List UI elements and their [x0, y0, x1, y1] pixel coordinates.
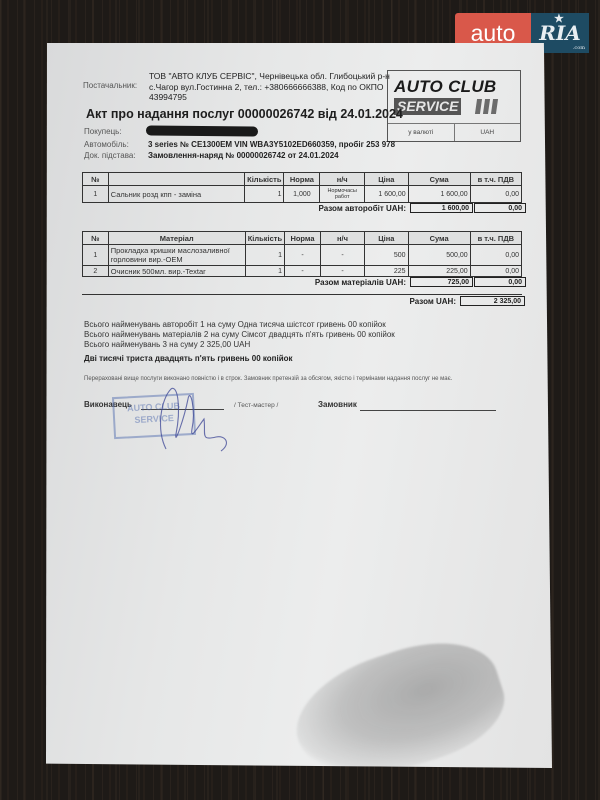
- column-header: н/ч: [320, 173, 365, 186]
- table-cell: 1,000: [284, 186, 320, 203]
- works-body: 1Сальник розд кпп - заміна11,000Нормочас…: [83, 186, 522, 203]
- table-row: 1Прокладка кришки маслозаливної горловин…: [83, 245, 522, 266]
- table-cell: 1 600,00: [365, 186, 409, 203]
- currency-label: у валюті: [388, 124, 455, 141]
- buyer-redacted: [146, 125, 258, 136]
- summary-materials: Всього найменувань матеріалів 2 на суму …: [84, 330, 395, 340]
- column-header: Ціна: [365, 173, 409, 186]
- table-cell: Очисник 500мл. вир.-Textar: [108, 266, 245, 277]
- supplier-label: Постачальник:: [83, 81, 137, 90]
- table-cell: 225,00: [408, 266, 470, 277]
- table-cell: 1: [83, 186, 109, 203]
- column-header: Кількість: [245, 173, 284, 186]
- column-header: Ціна: [365, 232, 408, 245]
- total-in-words: Дві тисячі триста двадцять п'ять гривень…: [84, 354, 293, 363]
- table-cell: 0,00: [470, 266, 521, 277]
- logo-bars-icon: [476, 99, 497, 114]
- column-header: [108, 173, 244, 186]
- column-header: Сума: [408, 173, 470, 186]
- materials-total-sum: 725,00: [410, 277, 473, 287]
- table-cell: 500: [365, 245, 408, 266]
- star-icon: ★: [554, 12, 564, 25]
- grand-total-label: Разом UAH:: [346, 297, 460, 306]
- materials-body: 1Прокладка кришки маслозаливної горловин…: [83, 245, 522, 277]
- materials-table: №МатеріалКількістьНорман/чЦінаСумав т.ч.…: [82, 231, 522, 277]
- works-total-label: Разом авторобіт UAH:: [286, 204, 410, 213]
- grand-total-value: 2 325,00: [460, 296, 525, 306]
- water-stain: [281, 623, 516, 797]
- company-logo: AUTO CLUB SERVICE у валюті UAH: [387, 70, 521, 142]
- table-cell: Прокладка кришки маслозаливної горловини…: [108, 245, 245, 266]
- table-row: 1Сальник розд кпп - заміна11,000Нормочас…: [83, 186, 522, 203]
- works-header-row: №КількістьНорман/чЦінаСумав т.ч. ПДВ: [83, 173, 522, 186]
- table-cell: 500,00: [408, 245, 470, 266]
- invoice-paper: Постачальник: ТОВ "АВТО КЛУБ СЕРВІС", Че…: [46, 43, 552, 768]
- supplier-info: ТОВ "АВТО КЛУБ СЕРВІС", Чернівецька обл.…: [149, 71, 390, 103]
- column-header: №: [83, 173, 109, 186]
- car-label: Автомобіль:: [84, 140, 129, 149]
- table-cell: 1: [83, 245, 109, 266]
- customer-label: Замовник: [318, 400, 357, 409]
- table-cell: 1 600,00: [408, 186, 470, 203]
- document-title: Акт про надання послуг 00000026742 від 2…: [86, 107, 403, 121]
- table-cell: -: [320, 245, 364, 266]
- works-table: №КількістьНорман/чЦінаСумав т.ч. ПДВ 1Са…: [82, 172, 522, 203]
- basis-value: Замовлення-наряд № 00000026742 от 24.01.…: [148, 151, 339, 160]
- table-cell: 225: [365, 266, 408, 277]
- works-total-vat: 0,00: [474, 203, 526, 213]
- table-cell: Нормочасы работ: [320, 186, 365, 203]
- column-header: Кількість: [245, 232, 284, 245]
- column-header: в т.ч. ПДВ: [470, 173, 521, 186]
- works-total-row: Разом авторобіт UAH: 1 600,00 0,00: [286, 203, 526, 213]
- customer-signature-line: [360, 410, 496, 411]
- table-cell: 0,00: [470, 245, 521, 266]
- table-cell: 2: [83, 266, 109, 277]
- column-header: в т.ч. ПДВ: [470, 232, 521, 245]
- table-cell: -: [285, 266, 321, 277]
- column-header: Матеріал: [108, 232, 245, 245]
- table-cell: 1: [245, 245, 284, 266]
- materials-total-vat: 0,00: [474, 277, 526, 287]
- table-cell: Сальник розд кпп - заміна: [108, 186, 244, 203]
- materials-header-row: №МатеріалКількістьНорман/чЦінаСумав т.ч.…: [83, 232, 522, 245]
- materials-total-row: Разом матеріалів UAH: 725,00 0,00: [286, 277, 526, 287]
- signature-scribble: [126, 379, 236, 459]
- column-header: н/ч: [320, 232, 364, 245]
- executor-name: / Тест-мастер /: [234, 402, 278, 409]
- car-value: 3 series № CE1300EM VIN WBA3Y5102ED66035…: [148, 140, 395, 149]
- summary-total: Всього найменувань 3 на суму 2 325,00 UA…: [84, 340, 395, 350]
- works-total-sum: 1 600,00: [410, 203, 473, 213]
- table-cell: -: [285, 245, 321, 266]
- table-row: 2Очисник 500мл. вир.-Textar1--225225,000…: [83, 266, 522, 277]
- basis-label: Док. підстава:: [84, 151, 136, 160]
- grand-total-divider: [82, 294, 522, 295]
- column-header: Норма: [284, 173, 320, 186]
- table-cell: -: [320, 266, 364, 277]
- column-header: №: [83, 232, 109, 245]
- currency-value: UAH: [455, 124, 521, 141]
- grand-total-row: Разом UAH: 2 325,00: [346, 296, 525, 306]
- buyer-label: Покупець:: [84, 127, 122, 136]
- materials-total-label: Разом матеріалів UAH:: [286, 278, 410, 287]
- summary-works: Всього найменувань авторобіт 1 на суму О…: [84, 320, 395, 330]
- table-cell: 0,00: [470, 186, 521, 203]
- table-cell: 1: [245, 266, 284, 277]
- column-header: Норма: [285, 232, 321, 245]
- column-header: Сума: [408, 232, 470, 245]
- summary-block: Всього найменувань авторобіт 1 на суму О…: [84, 320, 395, 350]
- table-cell: 1: [245, 186, 284, 203]
